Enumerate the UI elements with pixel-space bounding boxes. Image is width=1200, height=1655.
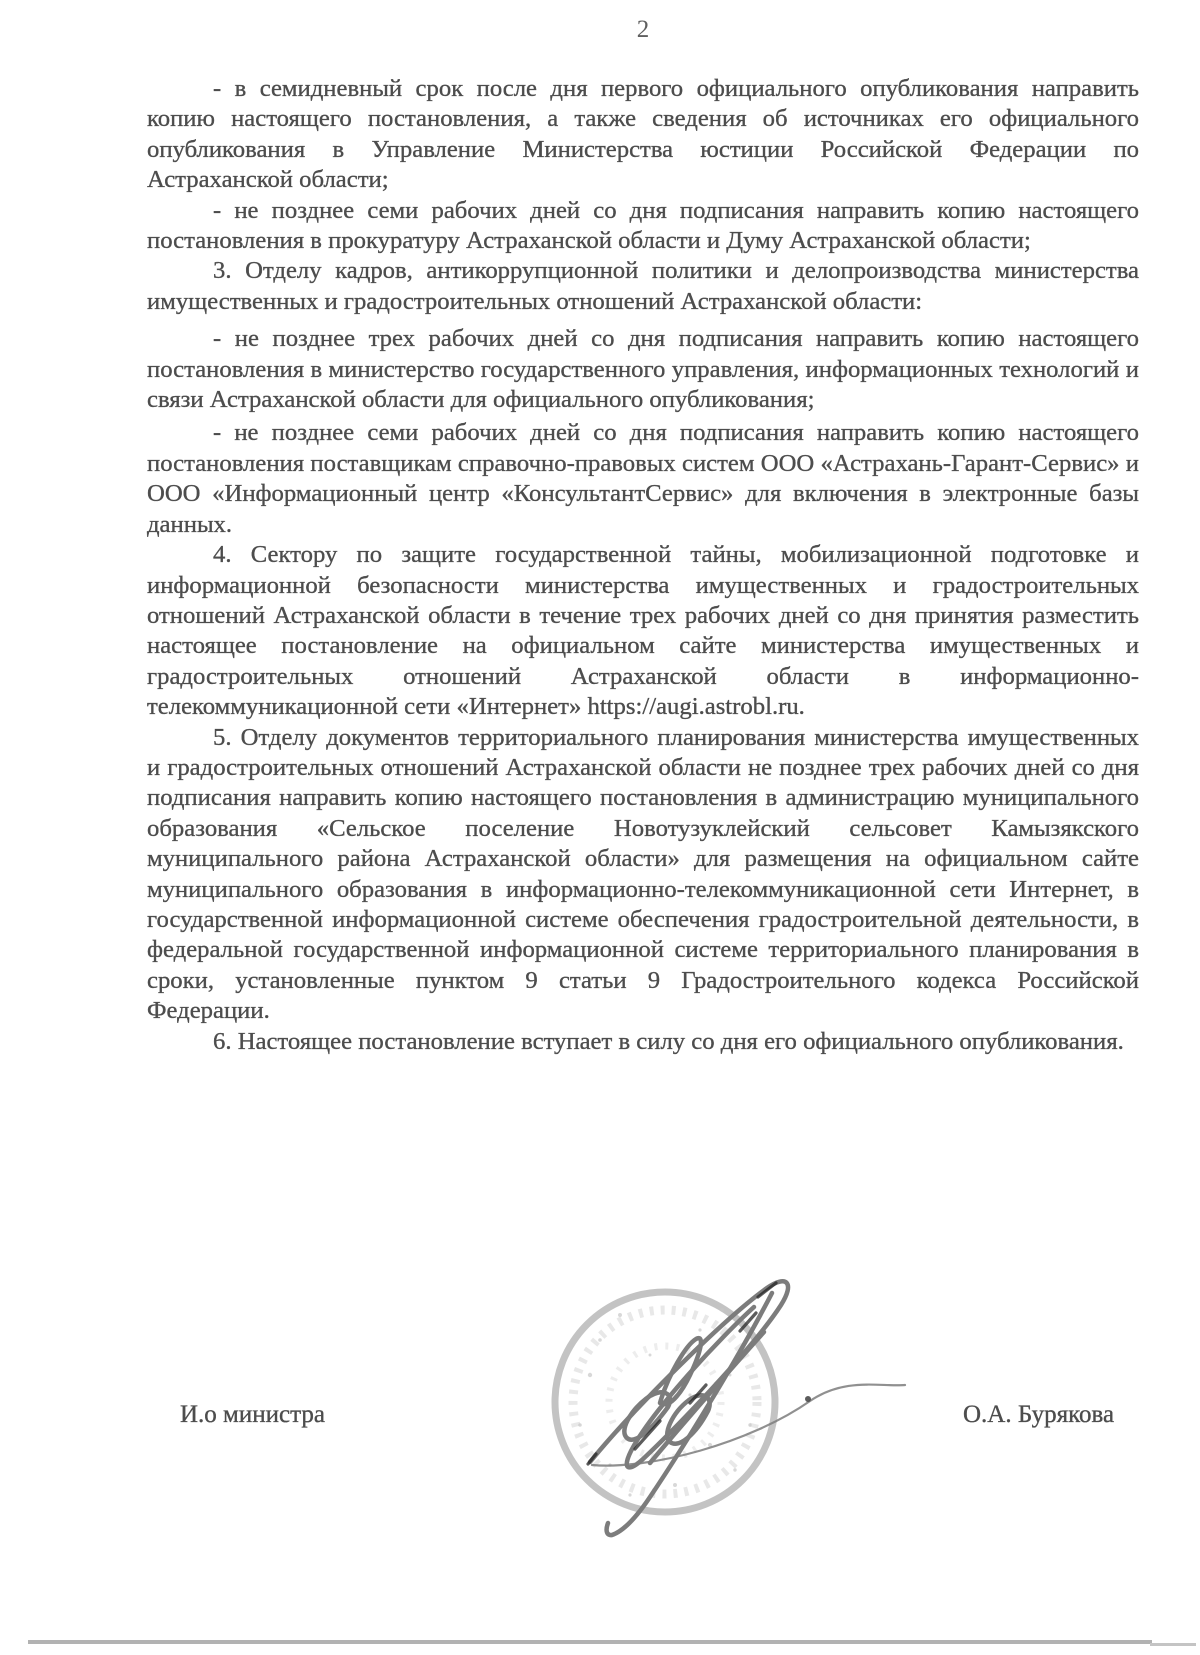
paragraph-7: 5. Отделу документов территориального пл…	[147, 723, 1139, 1027]
signer-position-label: И.о министра	[180, 1401, 325, 1429]
paragraph-3: 3. Отделу кадров, антикоррупционной поли…	[147, 256, 1139, 317]
stamp-and-signature	[500, 1235, 920, 1555]
paragraph-2: - не позднее семи рабочих дней со дня по…	[147, 196, 1139, 257]
scan-artifact-line-right	[1150, 1643, 1196, 1646]
paragraph-6: 4. Сектору по защите государственной тай…	[147, 540, 1139, 722]
signer-name: О.А. Бурякова	[963, 1401, 1114, 1429]
page-number: 2	[147, 16, 1139, 44]
handwritten-signature-icon	[588, 1281, 905, 1535]
scanned-document-page: { "page": { "number": "2" }, "colors": {…	[0, 0, 1200, 1655]
paragraph-5: - не позднее семи рабочих дней со дня по…	[147, 418, 1139, 540]
scan-artifact-line	[28, 1640, 1152, 1644]
paragraph-8: 6. Настоящее постановление вступает в си…	[147, 1027, 1139, 1057]
document-body: - в семидневный срок после дня первого о…	[147, 74, 1139, 1057]
paragraph-4: - не позднее трех рабочих дней со дня по…	[147, 324, 1139, 415]
paragraph-1: - в семидневный срок после дня первого о…	[147, 74, 1139, 196]
